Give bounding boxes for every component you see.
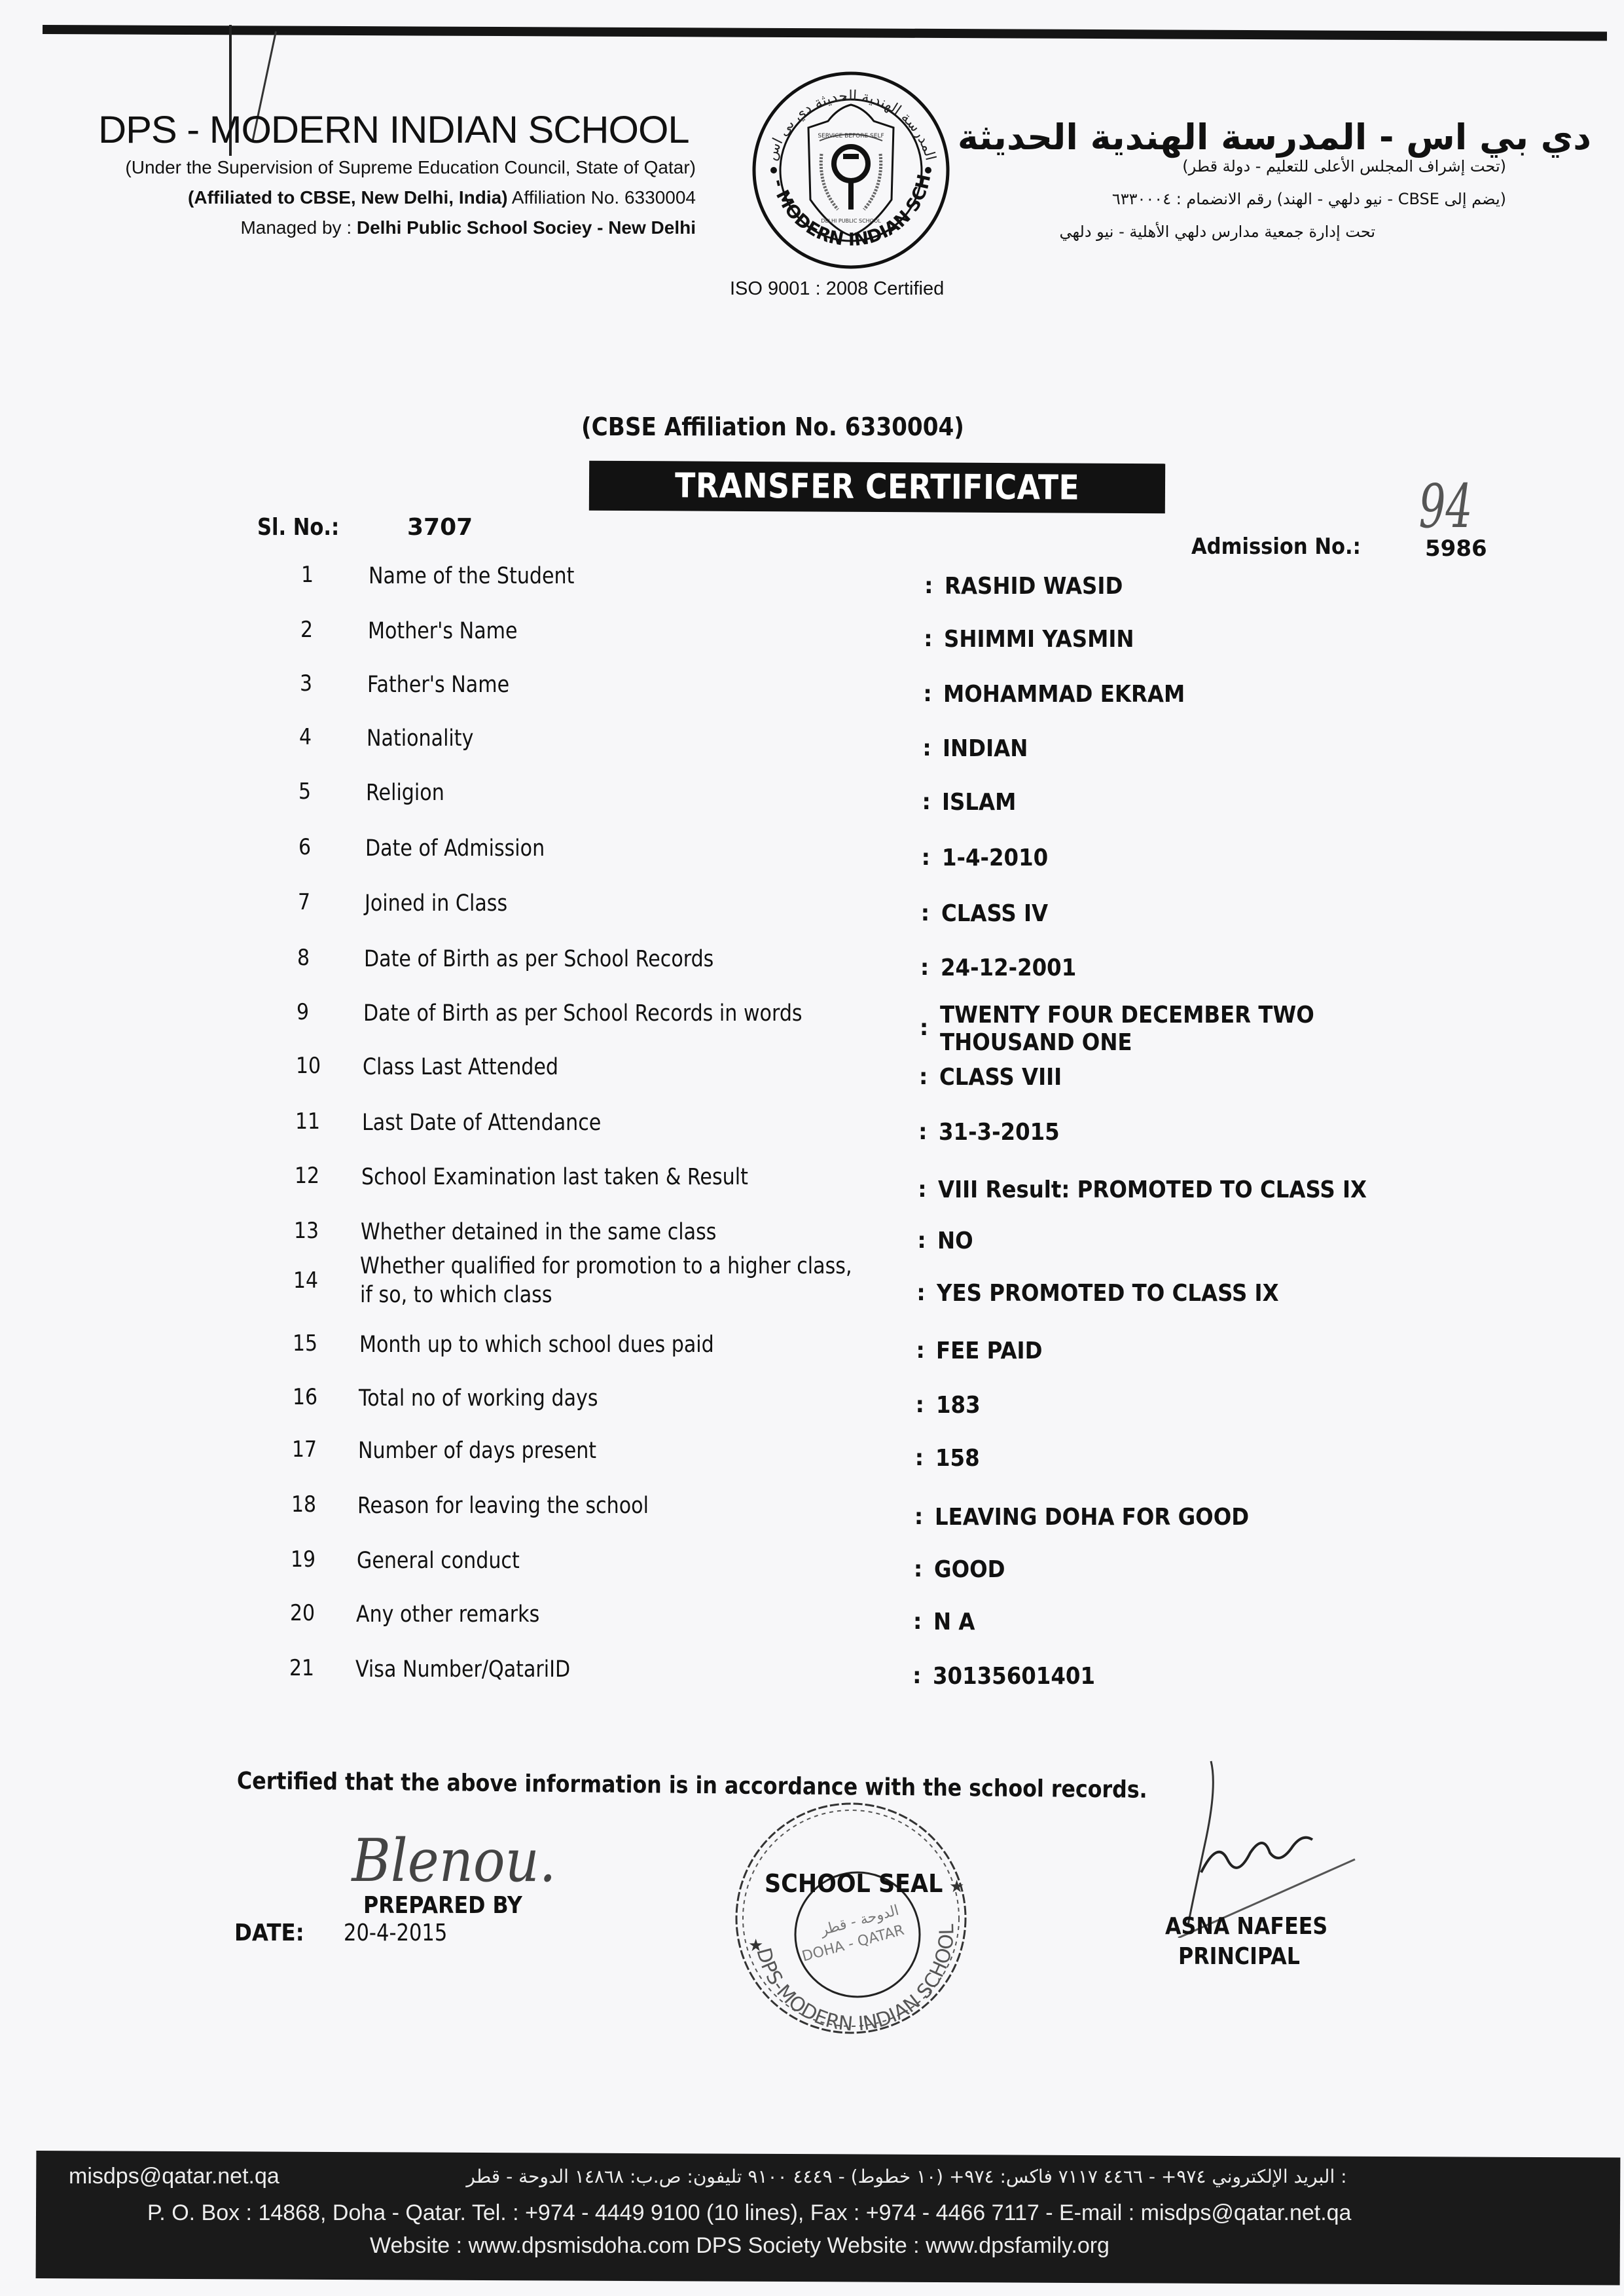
field-separator: : — [916, 1392, 925, 1418]
field-value: FEE PAID — [936, 1338, 1042, 1365]
field-label: Reason for leaving the school — [357, 1491, 649, 1520]
school-name-arabic: دي بي اس - المدرسة الهندية الحديثة — [958, 117, 1591, 158]
field-separator: : — [924, 626, 933, 652]
school-seal-label: SCHOOL SEAL — [765, 1869, 943, 1898]
field-number: 17 — [292, 1436, 317, 1463]
field-value-text: 30135601401 — [933, 1663, 1095, 1690]
serial-number-label: Sl. No.: — [257, 514, 339, 541]
contact-address-line: P. O. Box : 14868, Doha - Qatar. Tel. : … — [147, 2200, 1351, 2226]
field-label-text: Any other remarks — [356, 1600, 539, 1629]
contact-line-arabic: : البريد الإلكتروني ٩٧٤+ - ٤٤٦٦ ٧١١٧ فاك… — [308, 2166, 1506, 2187]
cbse-affiliation-heading: (CBSE Affiliation No. 6330004) — [42, 412, 1504, 441]
field-label: Whether qualified for promotion to a hig… — [360, 1252, 852, 1309]
field-value-text: 183 — [936, 1392, 981, 1419]
field-separator: : — [914, 1504, 924, 1530]
field-label-text: Father's Name — [367, 670, 509, 699]
field-label-text: Date of Admission — [365, 834, 545, 863]
field-separator: : — [922, 845, 931, 871]
field-label: Date of Birth as per School Records — [364, 945, 713, 974]
field-value: CLASS IV — [941, 900, 1048, 928]
principal-name: ASNA NAFEES — [1165, 1913, 1327, 1940]
school-logo-emblem: DPS - MODERN INDIAN SCHOOL المدرسة الهند… — [746, 69, 956, 272]
managed-prefix: Managed by : — [240, 217, 356, 238]
managed-by-line: Managed by : Delhi Public School Sociey … — [240, 217, 696, 238]
iso-certification: ISO 9001 : 2008 Certified — [730, 278, 944, 300]
field-separator: : — [922, 789, 931, 815]
principal-signature — [1139, 1741, 1375, 1938]
field-label: Religion — [366, 778, 444, 807]
field-label: Last Date of Attendance — [362, 1108, 601, 1137]
certification-statement: Certified that the above information is … — [237, 1768, 1147, 1804]
field-value: 158 — [935, 1445, 980, 1472]
field-value-text: TWENTY FOUR DECEMBER TWO — [940, 1002, 1314, 1029]
affiliation-bold: (Affiliated to CBSE, New Delhi, India) — [188, 187, 507, 208]
affiliation-number: Affiliation No. 6330004 — [508, 187, 696, 208]
field-value-text-continued: THOUSAND ONE — [940, 1029, 1314, 1057]
field-number: 5 — [298, 778, 311, 805]
field-label-text: Class Last Attended — [363, 1053, 558, 1082]
field-separator: : — [917, 1228, 926, 1254]
field-label-text: Name of the Student — [369, 562, 574, 591]
field-number: 13 — [294, 1218, 319, 1244]
field-value-text: MOHAMMAD EKRAM — [943, 681, 1185, 708]
certificate-title-bar: TRANSFER CERTIFICATE — [589, 461, 1165, 514]
field-label-text: General conduct — [357, 1546, 520, 1575]
date-label: DATE: — [234, 1920, 304, 1946]
field-value-text: YES PROMOTED TO CLASS IX — [937, 1280, 1279, 1307]
field-label-text: Date of Birth as per School Records in w… — [363, 999, 803, 1028]
affiliation-line-arabic: (يضم إلى CBSE - نيو دلهي - الهند) رقم ال… — [1112, 190, 1506, 208]
field-number: 21 — [289, 1655, 314, 1681]
field-separator: : — [920, 955, 929, 981]
field-label-text: Nationality — [367, 724, 473, 753]
contact-email[interactable]: misdps@qatar.net.qa — [69, 2164, 280, 2189]
field-value-text: CLASS IV — [941, 900, 1048, 928]
field-label: Joined in Class — [365, 889, 507, 918]
managed-by-society: Delhi Public School Sociey - New Delhi — [357, 217, 696, 238]
affiliation-line: (Affiliated to CBSE, New Delhi, India) A… — [188, 187, 696, 208]
field-value: CLASS VIII — [939, 1064, 1062, 1091]
managed-by-line-arabic: تحت إدارة جمعية مدارس دلهي الأهلية - نيو… — [1059, 223, 1375, 241]
field-label: Nationality — [367, 724, 473, 753]
field-number: 16 — [293, 1384, 317, 1410]
field-value-text: CLASS VIII — [939, 1064, 1062, 1091]
field-number: 9 — [297, 999, 309, 1025]
field-label: Whether detained in the same class — [361, 1218, 716, 1247]
field-number: 1 — [301, 562, 314, 588]
field-value: 1-4-2010 — [942, 845, 1048, 872]
svg-text:DELHI PUBLIC SCHOOL: DELHI PUBLIC SCHOOL — [821, 218, 881, 224]
field-value: ISLAM — [942, 789, 1016, 816]
field-number: 20 — [290, 1600, 315, 1626]
field-value: YES PROMOTED TO CLASS IX — [937, 1280, 1279, 1307]
field-label-text: Total no of working days — [359, 1384, 598, 1413]
field-label-text: School Examination last taken & Result — [361, 1163, 748, 1192]
field-separator: : — [918, 1119, 928, 1145]
field-label: Visa Number/QatariID — [355, 1655, 570, 1684]
field-label-text: Whether qualified for promotion to a hig… — [360, 1252, 852, 1281]
field-value: RASHID WASID — [945, 573, 1123, 600]
field-value: LEAVING DOHA FOR GOOD — [935, 1504, 1249, 1531]
field-label-text-continued: if so, to which class — [360, 1281, 852, 1309]
field-value: INDIAN — [943, 735, 1028, 763]
field-number: 8 — [297, 945, 310, 971]
field-label-text: Mother's Name — [368, 617, 517, 646]
field-label: Number of days present — [358, 1436, 596, 1465]
field-value-text: VIII Result: PROMOTED TO CLASS IX — [938, 1176, 1367, 1204]
field-label: Class Last Attended — [363, 1053, 558, 1082]
field-separator: : — [921, 900, 930, 926]
prepared-by-label: PREPARED BY — [363, 1892, 522, 1919]
field-label: Date of Birth as per School Records in w… — [363, 999, 803, 1028]
school-seal-stamp: DPS-MODERN INDIAN SCHOOL DOHA - QATAR ال… — [717, 1794, 992, 2043]
field-number: 15 — [293, 1330, 317, 1357]
admission-number-label: Admission No.: — [1191, 534, 1361, 560]
field-number: 6 — [298, 834, 311, 860]
field-separator: : — [922, 735, 931, 761]
field-value-text: RASHID WASID — [945, 573, 1123, 600]
field-number: 19 — [291, 1546, 316, 1573]
field-value: MOHAMMAD EKRAM — [943, 681, 1185, 708]
field-value: VIII Result: PROMOTED TO CLASS IX — [938, 1176, 1367, 1204]
field-separator: : — [915, 1445, 924, 1471]
field-label: Any other remarks — [356, 1600, 539, 1629]
field-value-text: 1-4-2010 — [942, 845, 1048, 872]
field-value: 31-3-2015 — [939, 1119, 1060, 1146]
field-value-text: 24-12-2001 — [941, 955, 1076, 982]
contact-websites-line: Website : www.dpsmisdoha.com DPS Society… — [370, 2233, 1110, 2259]
field-number: 12 — [295, 1163, 319, 1189]
field-separator: : — [916, 1338, 925, 1364]
supervision-line: (Under the Supervision of Supreme Educat… — [125, 157, 696, 178]
field-separator: : — [914, 1556, 923, 1582]
field-number: 10 — [296, 1053, 321, 1079]
field-value: SHIMMI YASMIN — [944, 626, 1134, 653]
field-value-text: N A — [933, 1609, 975, 1636]
field-value: N A — [933, 1609, 975, 1636]
field-number: 2 — [300, 617, 313, 643]
field-label-text: Religion — [366, 778, 444, 807]
field-value-text: FEE PAID — [936, 1338, 1042, 1365]
admission-number-value: 5986 — [1425, 536, 1487, 562]
field-label-text: Number of days present — [358, 1436, 596, 1465]
field-label-text: Last Date of Attendance — [362, 1108, 601, 1137]
field-separator: : — [924, 573, 933, 599]
date-value: 20-4-2015 — [344, 1920, 447, 1946]
svg-text:★: ★ — [949, 1877, 964, 1897]
field-value-text: GOOD — [934, 1556, 1005, 1584]
svg-text:★: ★ — [748, 1936, 763, 1956]
field-label: General conduct — [357, 1546, 520, 1575]
svg-text:المدرسة الهندية الحديثة دي بي: المدرسة الهندية الحديثة دي بي اس — [763, 88, 939, 162]
field-label: Month up to which school dues paid — [359, 1330, 714, 1359]
svg-text:SERVICE BEFORE SELF: SERVICE BEFORE SELF — [818, 133, 884, 139]
header-rule — [43, 25, 1607, 41]
field-value: 24-12-2001 — [941, 955, 1076, 982]
field-separator: : — [918, 1176, 927, 1203]
field-label-text: Reason for leaving the school — [357, 1491, 649, 1520]
field-label: Name of the Student — [369, 562, 574, 591]
supervision-line-arabic: (تحت إشراف المجلس الأعلى للتعليم - دولة … — [1182, 157, 1506, 175]
field-value: TWENTY FOUR DECEMBER TWOTHOUSAND ONE — [940, 1002, 1314, 1057]
prepared-by-signature: Blenou. — [352, 1827, 556, 1895]
field-value-text: 31-3-2015 — [939, 1119, 1060, 1146]
field-value: GOOD — [934, 1556, 1005, 1584]
field-number: 4 — [299, 724, 312, 750]
field-separator: : — [916, 1280, 926, 1306]
field-separator: : — [919, 1064, 928, 1090]
field-label-text: Date of Birth as per School Records — [364, 945, 713, 974]
field-label: School Examination last taken & Result — [361, 1163, 748, 1192]
field-separator: : — [923, 681, 932, 707]
field-number: 11 — [295, 1108, 320, 1135]
field-value-text: 158 — [935, 1445, 980, 1472]
field-label-text: Joined in Class — [365, 889, 507, 918]
field-label-text: Visa Number/QatariID — [355, 1655, 570, 1684]
handwritten-note: 94 — [1419, 471, 1473, 541]
field-value-text: ISLAM — [942, 789, 1016, 816]
field-value: NO — [937, 1228, 973, 1255]
field-row: 21Visa Number/QatariID:30135601401 — [0, 0, 1624, 7]
field-value-text: NO — [937, 1228, 973, 1255]
field-label: Father's Name — [367, 670, 509, 699]
field-separator: : — [920, 1015, 929, 1041]
field-separator: : — [913, 1609, 922, 1635]
field-label: Date of Admission — [365, 834, 545, 863]
field-number: 14 — [293, 1267, 318, 1294]
field-value-text: INDIAN — [943, 735, 1028, 763]
field-label-text: Whether detained in the same class — [361, 1218, 716, 1247]
field-separator: : — [912, 1663, 922, 1689]
field-value-text: LEAVING DOHA FOR GOOD — [935, 1504, 1249, 1531]
field-label-text: Month up to which school dues paid — [359, 1330, 714, 1359]
certificate-title: TRANSFER CERTIFICATE — [675, 466, 1079, 507]
field-label: Total no of working days — [359, 1384, 598, 1413]
principal-title: PRINCIPAL — [1178, 1943, 1300, 1970]
field-label: Mother's Name — [368, 617, 517, 646]
field-value: 30135601401 — [933, 1663, 1095, 1690]
field-value: 183 — [936, 1392, 981, 1419]
school-name: DPS - MODERN INDIAN SCHOOL — [98, 108, 689, 152]
field-number: 7 — [298, 889, 310, 915]
field-number: 18 — [291, 1491, 316, 1518]
field-number: 3 — [300, 670, 312, 697]
field-value-text: SHIMMI YASMIN — [944, 626, 1134, 653]
serial-number-value: 3707 — [407, 514, 473, 541]
